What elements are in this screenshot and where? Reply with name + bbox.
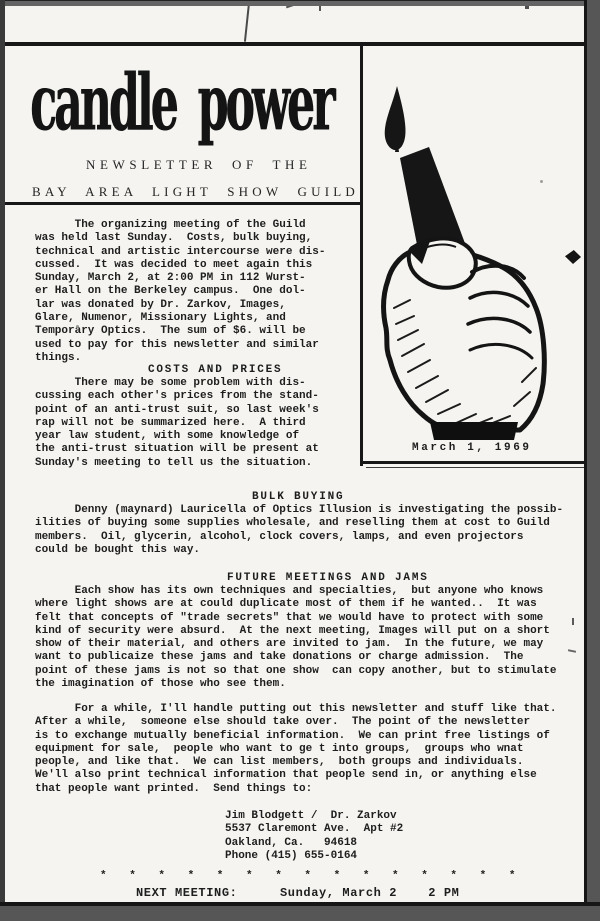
scan-mark: [525, 6, 529, 9]
scan-crease-mark: [244, 2, 250, 42]
fist-candle-illustration: [372, 76, 582, 444]
scan-edge-right: [587, 0, 600, 921]
bulk-buying-heading: BULK BUYING: [252, 491, 344, 503]
next-meeting-value: Sunday, March 2 2 PM: [280, 886, 459, 900]
scan-mark: [568, 649, 576, 653]
scan-mark: [572, 618, 574, 625]
intro-paragraph: The organizing meeting of the Guild was …: [35, 219, 325, 365]
costs-and-prices-paragraph: There may be some problem with dis- cuss…: [35, 377, 319, 470]
issue-date: March 1, 1969: [412, 442, 532, 454]
future-meetings-paragraph: Each show has its own techniques and spe…: [35, 585, 557, 691]
illustration-bottom-rule: [360, 461, 586, 464]
costs-and-prices-heading: COSTS AND PRICES: [148, 364, 282, 376]
masthead-subtitle-line2: BAY AREA LIGHT SHOW GUILD: [32, 184, 359, 200]
asterisk-divider-row: * * * * * * * * * * * * * * *: [100, 870, 515, 882]
next-meeting-label: NEXT MEETING:: [136, 886, 237, 900]
vertical-divider-rule: [360, 42, 363, 466]
top-rule: [5, 42, 585, 46]
bulk-buying-paragraph: Denny (maynard) Lauricella of Optics Ill…: [35, 504, 563, 557]
paper-speck: [540, 180, 543, 183]
masthead-subtitle-line1: NEWSLETTER OF THE: [86, 157, 312, 173]
illustration-bottom-rule-shadow: [366, 467, 586, 468]
newsletter-page: candle power NEWSLETTER OF THE BAY AREA …: [0, 0, 600, 921]
closing-paragraph: For a while, I'll handle putting out thi…: [35, 703, 557, 796]
scan-edge-top: [0, 0, 600, 6]
masthead-bottom-rule: [5, 202, 361, 205]
candle-flame-icon: [385, 86, 406, 150]
future-meetings-heading: FUTURE MEETINGS AND JAMS: [227, 572, 429, 584]
newsletter-title: candle power: [30, 64, 332, 142]
contact-address-block: Jim Blodgett / Dr. Zarkov 5537 Claremont…: [225, 810, 403, 863]
fist-wrist-base: [430, 422, 518, 440]
scan-edge-bottom: [0, 906, 600, 921]
paper-speck: [76, 325, 79, 328]
scan-edge-left: [0, 0, 5, 921]
